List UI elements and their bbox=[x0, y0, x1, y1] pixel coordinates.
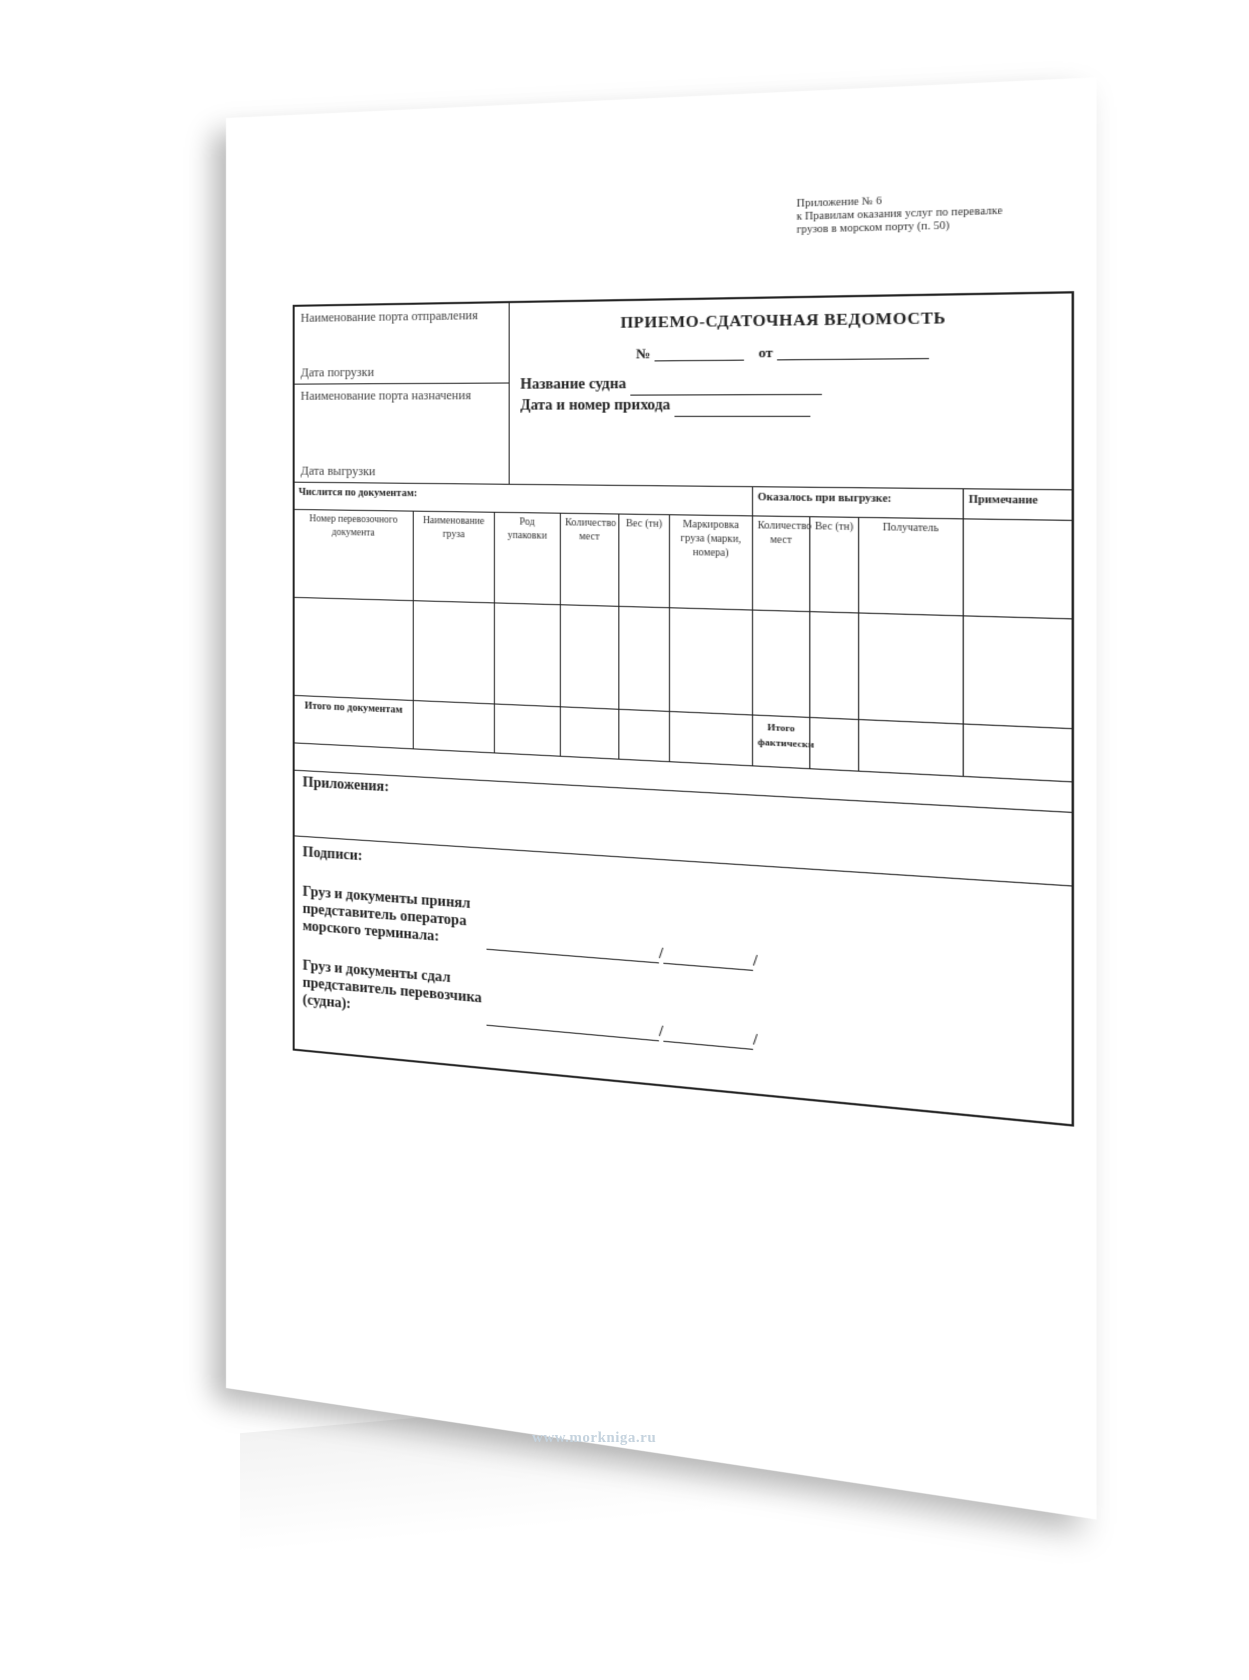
number-label: № bbox=[636, 345, 650, 361]
attachments-label: Приложения: bbox=[295, 771, 398, 842]
table-cell[interactable] bbox=[859, 720, 964, 776]
col-header: Номер перевозочного документа bbox=[295, 510, 414, 600]
table-cell[interactable] bbox=[414, 601, 495, 703]
destination-port-label: Наименование порта назначения bbox=[301, 388, 471, 403]
date-field[interactable] bbox=[777, 343, 929, 361]
group-notes: Примечание bbox=[964, 489, 1072, 519]
departure-port-label: Наименование порта отправления bbox=[301, 308, 478, 325]
table-cell[interactable] bbox=[295, 598, 414, 700]
name-field[interactable] bbox=[663, 948, 753, 971]
table-cell[interactable] bbox=[670, 608, 753, 714]
form-header: Наименование порта отправления Дата погр… bbox=[295, 293, 1072, 490]
separator: / bbox=[753, 953, 757, 972]
col-header: Вес (тн) bbox=[810, 517, 859, 612]
table-cell[interactable] bbox=[495, 705, 561, 756]
group-unloading: Оказалось при выгрузке: bbox=[753, 487, 964, 518]
signatures-section: Подписи: Груз и документы принял предста… bbox=[295, 836, 1072, 1124]
signature-field[interactable] bbox=[486, 934, 658, 963]
handed-label: Груз и документы сдал представитель пере… bbox=[303, 957, 487, 1025]
total-documents-label: Итого по документам bbox=[295, 696, 414, 748]
table-cell[interactable] bbox=[414, 701, 495, 752]
arrival-field[interactable] bbox=[674, 401, 810, 417]
ship-name-label: Название судна bbox=[520, 377, 626, 393]
table-cell[interactable] bbox=[561, 707, 620, 758]
ship-info: Название судна Дата и номер прихода bbox=[520, 372, 1059, 417]
ports-block: Наименование порта отправления Дата погр… bbox=[295, 303, 510, 484]
number-field[interactable] bbox=[654, 344, 743, 361]
col-header: Маркировка груза (марки, номера) bbox=[670, 515, 753, 609]
table-cell[interactable] bbox=[495, 603, 561, 706]
unloading-date-label: Дата выгрузки bbox=[301, 461, 376, 480]
loading-date-label: Дата погрузки bbox=[301, 363, 374, 382]
col-header: Количество мест bbox=[561, 514, 620, 606]
separator: / bbox=[753, 1032, 757, 1051]
table-cell[interactable] bbox=[670, 712, 753, 765]
departure-port-field: Наименование порта отправления Дата погр… bbox=[295, 303, 509, 385]
table-cell[interactable] bbox=[810, 718, 859, 771]
table-cell[interactable] bbox=[753, 611, 810, 717]
from-label: от bbox=[758, 344, 773, 360]
total-actual-label: Итого фактически bbox=[753, 716, 810, 769]
appendix-note: Приложение № 6 к Правилам оказания услуг… bbox=[797, 192, 1003, 238]
watermark-link[interactable]: www.morkniga.ru bbox=[532, 1430, 656, 1447]
destination-port-field: Наименование порта назначения Дата выгру… bbox=[295, 384, 509, 484]
col-header: Количество мест bbox=[753, 516, 810, 611]
received-label: Груз и документы принял представитель оп… bbox=[303, 883, 487, 949]
col-header: Наименование груза bbox=[414, 512, 495, 603]
col-header: Вес (тн) bbox=[619, 515, 670, 608]
table-cell[interactable] bbox=[964, 616, 1072, 728]
document-page: Приложение № 6 к Правилам оказания услуг… bbox=[226, 77, 1097, 1519]
table-cell[interactable] bbox=[619, 710, 670, 761]
title-block: ПРИЕМО-СДАТОЧНАЯ ВЕДОМОСТЬ № от Название… bbox=[510, 293, 1072, 489]
table-cell[interactable] bbox=[859, 614, 964, 724]
col-header: Получатель bbox=[859, 518, 964, 615]
arrival-label: Дата и номер прихода bbox=[520, 398, 670, 414]
table-cell[interactable] bbox=[561, 605, 620, 709]
acceptance-form: Наименование порта отправления Дата погр… bbox=[293, 291, 1074, 1127]
table-cell[interactable] bbox=[964, 725, 1072, 782]
signature-field[interactable] bbox=[486, 1010, 658, 1041]
document-title: ПРИЕМО-СДАТОЧНАЯ ВЕДОМОСТЬ bbox=[520, 309, 1059, 332]
number-line: № от bbox=[520, 341, 1059, 362]
table-cell[interactable] bbox=[619, 607, 670, 711]
table-cell[interactable] bbox=[810, 612, 859, 719]
col-header bbox=[964, 519, 1072, 618]
ship-name-field[interactable] bbox=[630, 379, 822, 396]
name-field[interactable] bbox=[663, 1026, 753, 1050]
col-header: Род упаковки bbox=[495, 513, 561, 604]
